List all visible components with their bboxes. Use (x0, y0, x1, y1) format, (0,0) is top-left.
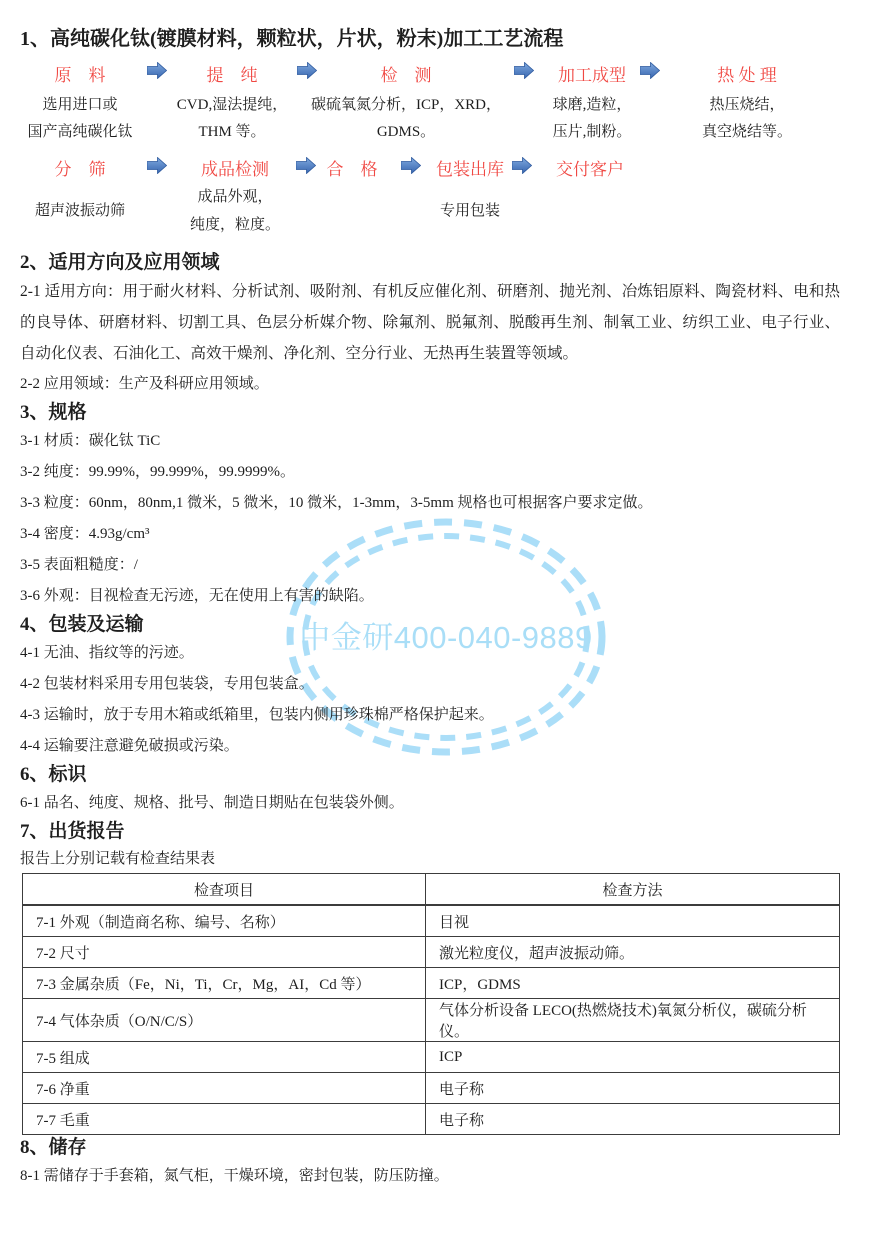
table-caption: 报告上分别记载有检查结果表 (20, 845, 840, 873)
spec-item-material: 3-1 材质：碳化钛 TiC (20, 426, 840, 457)
flow-step-qualified: 合 格 (307, 155, 397, 180)
flow-step-detail: 球磨,造粒， (532, 93, 652, 114)
table-cell-method: 电子称 (426, 1104, 840, 1135)
table-row: 7-7 毛重 电子称 (23, 1104, 840, 1135)
flow-step-label: 提 纯 (162, 61, 302, 86)
table-cell-method: ICP，GDMS (426, 968, 840, 999)
flow-step-detail: 碳硫氧氮分析，ICP，XRD， (301, 93, 511, 114)
flow-step-final-inspection: 成品检测 成品外观， 纯度，粒度。 (170, 155, 300, 180)
table-header-method: 检查方法 (426, 874, 840, 906)
flow-step-label: 成品检测 (170, 155, 300, 180)
table-cell-item: 7-5 组成 (23, 1042, 426, 1073)
paragraph-application-direction: 2-1 适用方向：用于耐火材料、分析试剂、吸附剂、有机反应催化剂、研磨剂、抛光剂… (20, 276, 840, 369)
flow-step-delivery: 交付客户 (535, 155, 645, 180)
table-row: 7-2 尺寸 激光粒度仪，超声波振动筛。 (23, 937, 840, 968)
flow-step-detail: THM 等。 (162, 120, 302, 141)
flow-step-label: 包装出库 (415, 155, 525, 180)
spec-item-purity: 3-2 纯度：99.99%，99.999%，99.9999%。 (20, 457, 840, 488)
spec-item-density: 3-4 密度：4.93g/cm³ (20, 519, 840, 550)
flow-step-detail: 真空烧结等。 (682, 120, 812, 141)
packaging-item: 4-2 包装材料采用专用包装袋，专用包装盒。 (20, 669, 840, 700)
table-cell-item: 7-2 尺寸 (23, 937, 426, 968)
flow-step-detail: 国产高纯碳化钛 (6, 120, 154, 141)
flow-arrow-icon (147, 157, 167, 174)
document-content: 1、高纯碳化钛(镀膜材料，颗粒状，片状，粉末)加工工艺流程 原 料 选用进口或 … (0, 0, 890, 1192)
storage-item: 8-1 需储存于手套箱，氮气柜，干燥环境，密封包装，防压防撞。 (20, 1161, 840, 1192)
flow-step-label: 加工成型 (532, 61, 652, 86)
flow-step-detail: GDMS。 (301, 120, 511, 141)
table-cell-method: 激光粒度仪，超声波振动筛。 (426, 937, 840, 968)
flow-step-purification: 提 纯 CVD,湿法提纯， THM 等。 (162, 61, 302, 86)
spec-item-roughness: 3-5 表面粗糙度：/ (20, 550, 840, 581)
section-heading-shipment-report: 7、出货报告 (20, 819, 840, 845)
flow-step-detail: 专用包装 (415, 199, 525, 220)
flow-step-detail: 压片,制粉。 (532, 120, 652, 141)
flow-step-detail: 选用进口或 (6, 93, 154, 114)
spec-item-particle-size: 3-3 粒度：60nm，80nm,1 微米，5 微米，10 微米，1-3mm，3… (20, 488, 840, 519)
flow-arrow-icon (514, 62, 534, 79)
table-cell-method: 目视 (426, 905, 840, 937)
flow-step-label: 交付客户 (535, 155, 645, 180)
flow-step-sieving: 分 筛 超声波振动筛 (10, 155, 150, 180)
section-heading-specifications: 3、规格 (20, 400, 840, 426)
labeling-item: 6-1 品名、纯度、规格、批号、制造日期贴在包装袋外侧。 (20, 788, 840, 819)
inspection-table: 检查项目 检查方法 7-1 外观（制造商名称、编号、名称） 目视 7-2 尺寸 … (22, 873, 840, 1135)
table-row: 7-3 金属杂质（Fe，Ni，Ti，Cr，Mg，AI，Cd 等） ICP，GDM… (23, 968, 840, 999)
table-row: 7-1 外观（制造商名称、编号、名称） 目视 (23, 905, 840, 937)
table-cell-method: ICP (426, 1042, 840, 1073)
table-row: 7-5 组成 ICP (23, 1042, 840, 1073)
flow-arrow-icon (512, 157, 532, 174)
flow-step-label: 合 格 (307, 155, 397, 180)
table-cell-method: 气体分析设备 LECO(热燃烧技术)氧氮分析仪，碳硫分析仪。 (426, 999, 840, 1042)
flow-step-label: 检 测 (301, 61, 511, 86)
section-heading-storage: 8、储存 (20, 1135, 840, 1161)
flow-step-label: 热 处 理 (682, 61, 812, 86)
table-cell-item: 7-4 气体杂质（O/N/C/S） (23, 999, 426, 1042)
flow-step-detail: 纯度，粒度。 (170, 213, 300, 234)
paragraph-application-field: 2-2 应用领域：生产及科研应用领域。 (20, 369, 840, 400)
flow-step-detail: 成品外观， (170, 185, 300, 206)
section-heading-applications: 2、适用方向及应用领域 (20, 250, 840, 276)
document-page: 中金研400-040-9889 1、高纯碳化钛(镀膜材料，颗粒状，片状，粉末)加… (0, 0, 890, 1258)
table-header-item: 检查项目 (23, 874, 426, 906)
flow-step-label: 原 料 (6, 61, 154, 86)
packaging-item: 4-1 无油、指纹等的污迹。 (20, 638, 840, 669)
flow-step-detail: CVD,湿法提纯， (162, 93, 302, 114)
table-cell-item: 7-1 外观（制造商名称、编号、名称） (23, 905, 426, 937)
doc-title: 1、高纯碳化钛(镀膜材料，颗粒状，片状，粉末)加工工艺流程 (20, 26, 840, 52)
table-cell-item: 7-3 金属杂质（Fe，Ni，Ti，Cr，Mg，AI，Cd 等） (23, 968, 426, 999)
table-cell-item: 7-7 毛重 (23, 1104, 426, 1135)
section-heading-labeling: 6、标识 (20, 762, 840, 788)
flow-step-heat-treatment: 热 处 理 热压烧结， 真空烧结等。 (682, 61, 812, 86)
flow-step-raw-material: 原 料 选用进口或 国产高纯碳化钛 (6, 61, 154, 86)
spec-item-appearance: 3-6 外观：目视检查无污迹，无在使用上有害的缺陷。 (20, 581, 840, 612)
table-cell-method: 电子称 (426, 1073, 840, 1104)
packaging-item: 4-4 运输要注意避免破损或污染。 (20, 731, 840, 762)
table-header-row: 检查项目 检查方法 (23, 874, 840, 906)
flow-arrow-icon (640, 62, 660, 79)
table-row: 7-6 净重 电子称 (23, 1073, 840, 1104)
packaging-item: 4-3 运输时，放于专用木箱或纸箱里，包装内侧用珍珠棉严格保护起来。 (20, 700, 840, 731)
section-heading-packaging: 4、包装及运输 (20, 612, 840, 638)
flow-step-detail: 超声波振动筛 (10, 199, 150, 220)
flow-step-label: 分 筛 (10, 155, 150, 180)
table-cell-item: 7-6 净重 (23, 1073, 426, 1104)
process-flowchart: 原 料 选用进口或 国产高纯碳化钛 提 纯 CVD,湿法提纯， THM 等。 检… (20, 52, 840, 250)
flow-step-packing-out: 包装出库 专用包装 (415, 155, 525, 180)
flow-step-inspection: 检 测 碳硫氧氮分析，ICP，XRD， GDMS。 (301, 61, 511, 86)
flow-step-detail: 热压烧结， (682, 93, 812, 114)
flow-step-forming: 加工成型 球磨,造粒， 压片,制粉。 (532, 61, 652, 86)
table-row: 7-4 气体杂质（O/N/C/S） 气体分析设备 LECO(热燃烧技术)氧氮分析… (23, 999, 840, 1042)
